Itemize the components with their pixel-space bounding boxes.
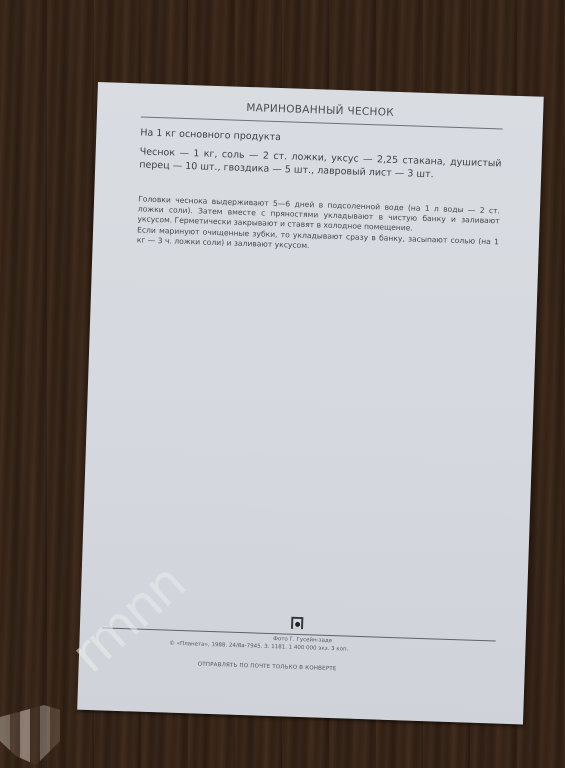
pixelated-watermark-mark [0, 705, 80, 765]
ingredients-text: Чеснок — 1 кг, соль — 2 ст. ложки, уксус… [139, 146, 502, 183]
recipe-subtitle: На 1 кг основного продукта [140, 127, 281, 143]
mail-instruction: ОТПРАВЛЯТЬ ПО ПОЧТЕ ТОЛЬКО В КОНВЕРТЕ [198, 662, 337, 673]
publisher-logo-icon [291, 617, 303, 629]
recipe-title: МАРИНОВАННЫЙ ЧЕСНОК [97, 97, 543, 124]
method-text: Головки чеснока выдерживают 5—6 дней в п… [137, 194, 500, 257]
